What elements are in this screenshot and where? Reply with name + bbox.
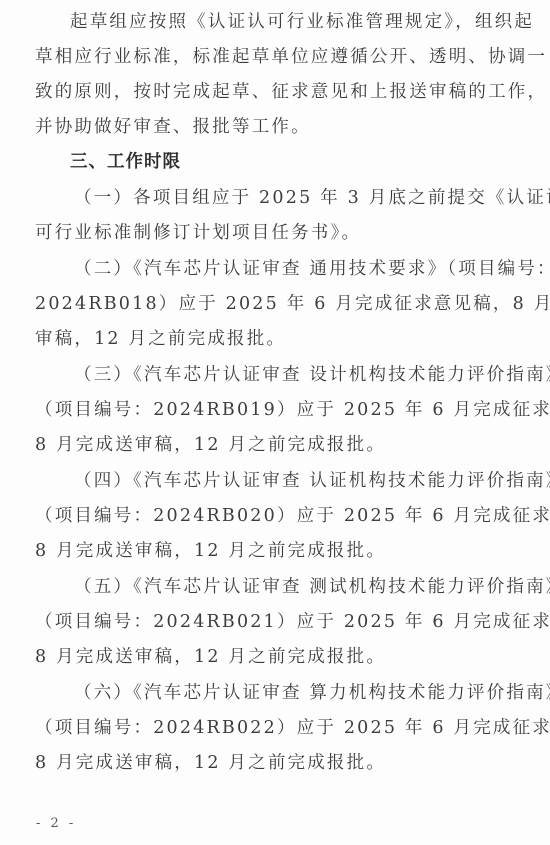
page-number: - 2 - (36, 816, 76, 831)
item-5-line-1: （五）《汽车芯片认证审查 测试机构技术能力评价指南》 (74, 576, 513, 598)
item-3-line-3: 8 月完成送审稿，12 月之前完成报批。 (35, 434, 513, 456)
intro-line-2: 草相应行业标准，标准起草单位应遵循公开、透明、协调一 (35, 46, 513, 68)
item-2-line-1: （二）《汽车芯片认证审查 通用技术要求》（项目编号： (74, 258, 513, 280)
item-3-line-1: （三）《汽车芯片认证审查 设计机构技术能力评价指南》 (74, 364, 513, 386)
intro-line-3: 致的原则，按时完成起草、征求意见和上报送审稿的工作， (35, 81, 513, 103)
item-5-line-3: 8 月完成送审稿，12 月之前完成报批。 (35, 646, 513, 668)
item-4-line-2: （项目编号：2024RB020）应于 2025 年 6 月完成征求意见稿， (35, 505, 513, 527)
item-3-line-2: （项目编号：2024RB019）应于 2025 年 6 月完成征求意见稿， (35, 399, 513, 421)
item-1-line-2: 可行业标准制修订计划项目任务书》。 (35, 222, 513, 244)
item-2-line-3: 审稿，12 月之前完成报批。 (35, 328, 513, 350)
item-4-line-1: （四）《汽车芯片认证审查 认证机构技术能力评价指南》 (74, 470, 513, 492)
item-6-line-3: 8 月完成送审稿，12 月之前完成报批。 (35, 752, 513, 774)
document-page: 起草组应按照《认证认可行业标准管理规定》，组织起 草相应行业标准，标准起草单位应… (0, 0, 550, 845)
section-heading-work-deadline: 三、工作时限 (70, 151, 181, 173)
item-6-line-2: （项目编号：2024RB022）应于 2025 年 6 月完成征求意见稿， (35, 717, 513, 739)
intro-line-1: 起草组应按照《认证认可行业标准管理规定》，组织起 (70, 11, 513, 33)
item-5-line-2: （项目编号：2024RB021）应于 2025 年 6 月完成征求意见稿， (35, 611, 513, 633)
item-2-line-2: 2024RB018）应于 2025 年 6 月完成征求意见稿，8 月完成送 (35, 293, 513, 315)
item-6-line-1: （六）《汽车芯片认证审查 算力机构技术能力评价指南》 (74, 682, 513, 704)
intro-line-4: 并协助做好审查、报批等工作。 (35, 116, 513, 138)
item-1-line-1: （一）各项目组应于 2025 年 3 月底之前提交《认证认 (74, 187, 513, 209)
item-4-line-3: 8 月完成送审稿，12 月之前完成报批。 (35, 540, 513, 562)
